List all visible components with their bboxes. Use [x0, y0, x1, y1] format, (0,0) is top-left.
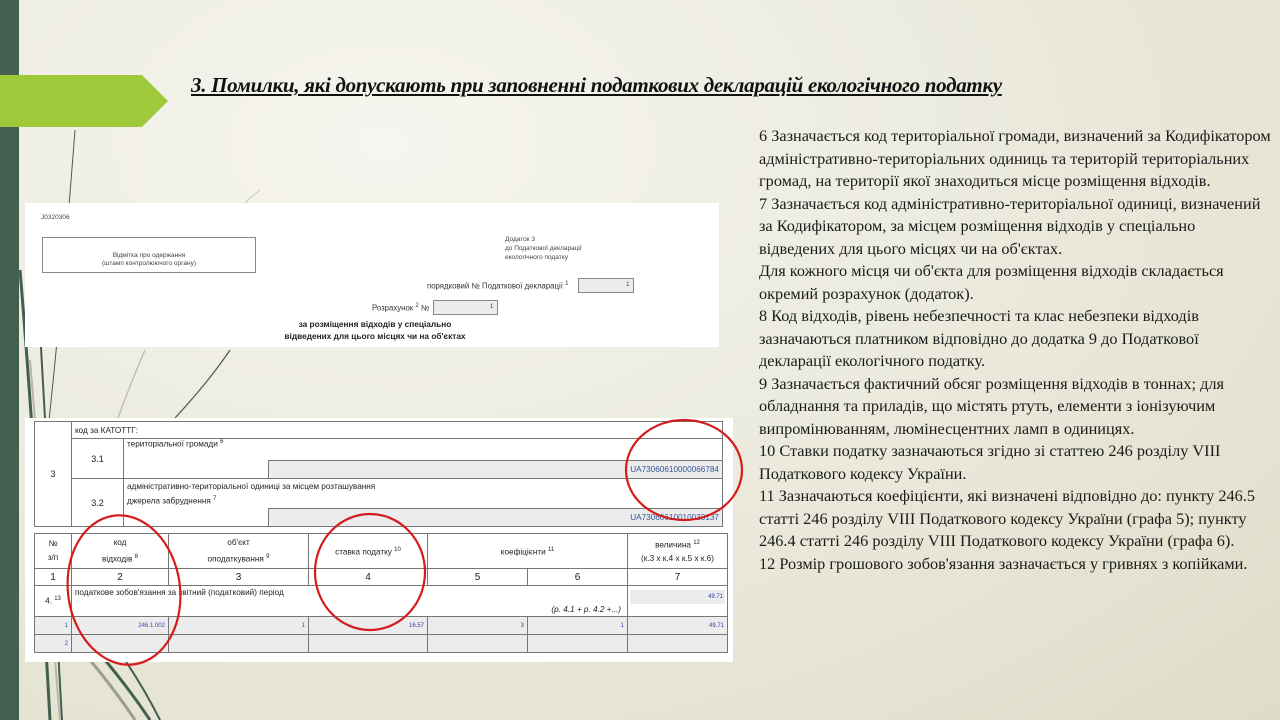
- liability-formula: (р. 4.1 + р. 4.2 +...): [551, 605, 621, 614]
- note-item: 11 Зазначаються коефіцієнти, які визначе…: [759, 485, 1274, 553]
- note-item: 12 Розмір грошового зобов'язання зазнача…: [759, 553, 1274, 576]
- row-number: 1: [35, 617, 72, 635]
- header-tax-object: об'єктоподаткування 9: [169, 534, 309, 569]
- note-item: 7 Зазначається код адміністративно-терит…: [759, 193, 1274, 261]
- tax-calculation-form: 3 код за КАТОТТГ: 3.1 територіальної гро…: [25, 418, 733, 662]
- katottg-table: 3 код за КАТОТТГ: 3.1 територіальної гро…: [34, 421, 723, 527]
- coefficient-6-cell[interactable]: [528, 635, 628, 653]
- note-item: 9 Зазначається фактичний обсяг розміщенн…: [759, 373, 1274, 441]
- katottg-label: код за КАТОТТГ:: [72, 422, 723, 439]
- appendix-line: Додаток 3: [505, 235, 582, 244]
- footnote-explanations: 6 Зазначається код територіальної громад…: [759, 125, 1274, 575]
- tax-rate-cell[interactable]: [309, 635, 428, 653]
- appendix-note: Додаток 3 до Податкової декларації еколо…: [505, 235, 582, 262]
- tax-rate-cell[interactable]: 16.57: [309, 617, 428, 635]
- coefficient-5-cell[interactable]: [428, 635, 528, 653]
- note-item: Для кожного місця чи об'єкта для розміще…: [759, 260, 1274, 305]
- tax-liability-table: №з/п кодвідходів 8 об'єктоподаткування 9…: [34, 533, 728, 653]
- amount-cell[interactable]: 49.71: [628, 617, 728, 635]
- stamp-label: Відмітка про одержання: [43, 252, 255, 260]
- column-index: 6: [528, 569, 628, 586]
- column-index: 2: [72, 569, 169, 586]
- declaration-number-label: порядковий № Податкової декларації: [427, 281, 563, 290]
- table-row: 2: [35, 635, 728, 653]
- coefficient-6-cell[interactable]: 1: [528, 617, 628, 635]
- calculation-purpose: за розміщення відходів у спеціально відв…: [265, 318, 485, 342]
- admin-unit-label: адміністративно-територіальної одиниці з…: [124, 479, 723, 509]
- column-index: 3: [169, 569, 309, 586]
- calculation-number-field[interactable]: 1: [433, 300, 498, 315]
- community-code-field[interactable]: UA73060610000066784: [269, 461, 723, 479]
- column-index: 1: [35, 569, 72, 586]
- liability-label: податкове зобов'язання за звітний (подат…: [72, 586, 628, 617]
- spacer: [124, 509, 269, 527]
- stamp-sublabel: (штамп контролюючого органу): [43, 260, 255, 268]
- tax-object-cell[interactable]: [169, 635, 309, 653]
- header-waste-code: кодвідходів 8: [72, 534, 169, 569]
- amount-cell[interactable]: [628, 635, 728, 653]
- header-coefficients: коефіцієнти 11: [428, 534, 628, 569]
- column-index: 4: [309, 569, 428, 586]
- header-row-number: №з/п: [35, 534, 72, 569]
- appendix-line: до Податкової декларації: [505, 244, 582, 253]
- liability-total-cell: 49.71: [628, 586, 728, 617]
- liability-total-field[interactable]: 49.71: [630, 590, 725, 604]
- spacer: [124, 461, 269, 479]
- column-index: 5: [428, 569, 528, 586]
- note-item: 6 Зазначається код територіальної громад…: [759, 125, 1274, 193]
- number-sign: №: [421, 303, 429, 312]
- waste-code-cell[interactable]: [72, 635, 169, 653]
- section-number: 3: [35, 422, 72, 527]
- footnote-ref: 1: [565, 281, 568, 287]
- header-tax-rate: ставка податку 10: [309, 534, 428, 569]
- purpose-line: відведених для цього місцях чи на об'єкт…: [265, 330, 485, 342]
- form-code: J0320306: [41, 214, 70, 221]
- table-row: 1 246.1.002 1 16.57 3 1 49.71: [35, 617, 728, 635]
- header-amount: величина 12(к.3 х к.4 х к.5 х к.6): [628, 534, 728, 569]
- community-label: територіальної громади 6: [124, 439, 723, 461]
- appendix-line: екологічного податку: [505, 253, 582, 262]
- receipt-stamp-box: Відмітка про одержання (штамп контролююч…: [42, 237, 256, 273]
- purpose-line: за розміщення відходів у спеціально: [265, 318, 485, 330]
- calculation-label: Розрахунок: [372, 303, 413, 312]
- row-number: 2: [35, 635, 72, 653]
- tax-object-cell[interactable]: 1: [169, 617, 309, 635]
- title-arrow-marker: [0, 75, 168, 127]
- note-item: 10 Ставки податку зазначаються згідно зі…: [759, 440, 1274, 485]
- item-number: 3.2: [72, 479, 124, 527]
- declaration-number-field[interactable]: 1: [578, 278, 634, 293]
- declaration-header-form: J0320306 Відмітка про одержання (штамп к…: [25, 203, 719, 347]
- liability-row-number: 4. 13: [35, 586, 72, 617]
- declaration-number-row: порядковий № Податкової декларації 1 1: [427, 278, 634, 293]
- slide-title: 3. Помилки, які допускають при заповненн…: [191, 73, 1181, 98]
- footnote-ref: 2: [415, 303, 418, 309]
- admin-unit-code-field[interactable]: UA73060610010033137: [269, 509, 723, 527]
- coefficient-5-cell[interactable]: 3: [428, 617, 528, 635]
- note-item: 8 Код відходів, рівень небезпечності та …: [759, 305, 1274, 373]
- column-index: 7: [628, 569, 728, 586]
- item-number: 3.1: [72, 439, 124, 479]
- calculation-number-row: Розрахунок 2 № 1: [372, 300, 498, 315]
- waste-code-cell[interactable]: 246.1.002: [72, 617, 169, 635]
